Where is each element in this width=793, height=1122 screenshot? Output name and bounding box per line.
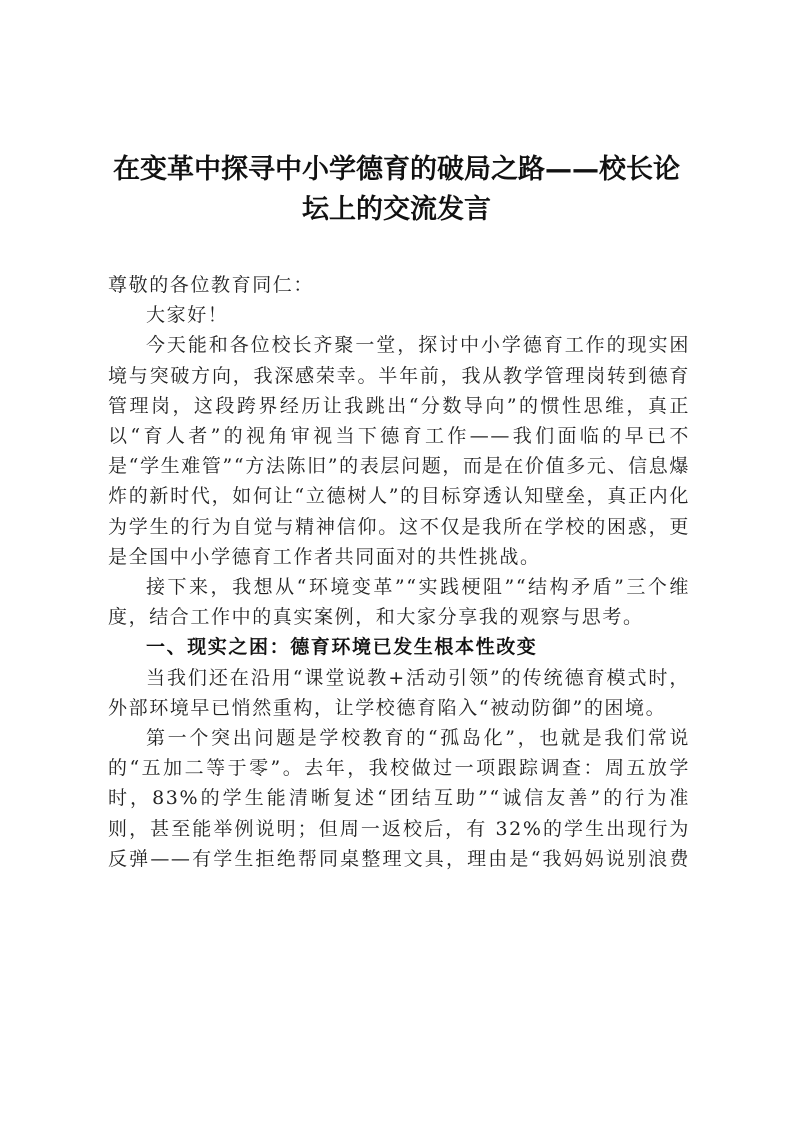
document-title: 在变革中探寻中小学德育的破局之路——校长论坛上的交流发言 (100, 150, 693, 230)
greeting: 大家好！ (108, 300, 690, 330)
section-heading: 一、现实之困：德育环境已发生根本性改变 (108, 632, 690, 662)
document-page: 在变革中探寻中小学德育的破局之路——校长论坛上的交流发言 尊敬的各位教育同仁： … (0, 0, 793, 1122)
paragraph-isolation: 第一个突出问题是学校教育的“孤岛化”，也就是我们常说的“五加二等于零”。去年，我… (108, 723, 690, 874)
salutation: 尊敬的各位教育同仁： (108, 270, 690, 300)
paragraph-intro: 今天能和各位校长齐聚一堂，探讨中小学德育工作的现实困境与突破方向，我深感荣幸。半… (108, 330, 690, 572)
paragraph-environment: 当我们还在沿用“课堂说教+活动引领”的传统德育模式时，外部环境早已悄然重构，让学… (108, 663, 690, 723)
document-body: 尊敬的各位教育同仁： 大家好！ 今天能和各位校长齐聚一堂，探讨中小学德育工作的现… (108, 270, 690, 874)
paragraph-outline: 接下来，我想从“环境变革”“实践梗阻”“结构矛盾”三个维度，结合工作中的真实案例… (108, 572, 690, 632)
